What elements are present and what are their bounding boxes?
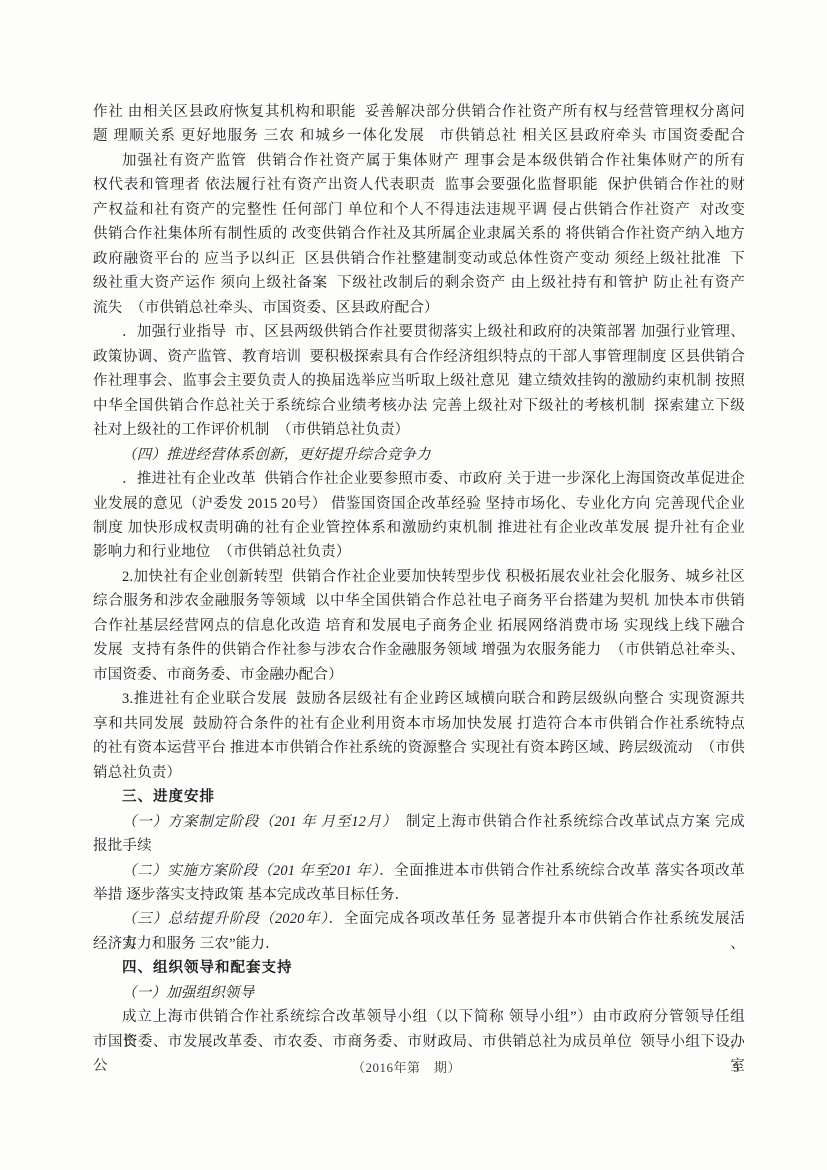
text-line: 享和共同发展 鼓励符合条件的社有企业利用资本市场加快发展 打造符合本市供销合作社… (93, 712, 745, 736)
text-segment: 发展 支持有条件的供销合作社参与涉农合作金融服务领域 增强为农服务能力 （市供销… (93, 642, 745, 658)
text-line: 社对上级社的工作评价机制 （市供销总社负责） (93, 418, 745, 442)
text-line: ．加强行业指导 市、区县两级供销合作社要贯彻落实上级社和政府的决策部署 加强行业… (93, 320, 745, 344)
text-segment: （四）推进经营体系创新，更好提升综合竞争力 (122, 447, 431, 463)
text-line: 综合服务和涉农金融服务等领域 以中华全国供销合作总社电子商务平台搭建为契机 加快… (93, 589, 745, 613)
text-line: 市国资委、市商务委、市金融办配合） (93, 663, 745, 687)
text-segment: （三）总结提升阶段（2020年） (122, 911, 329, 927)
section-subheading: （一）加强组织领导 (93, 981, 745, 1005)
text-segment: 报批手续 (93, 838, 152, 854)
text-line: 级社重大资产运作 须向上级社备案 下级社改制后的剩余资产 由上级社持有和管护 防… (93, 271, 745, 295)
text-line: 影响力和行业地位 （市供销总社负责） (93, 540, 745, 564)
text-segment: 销总社负责） (93, 765, 181, 781)
footer-page-number: 5 (733, 1058, 740, 1078)
text-line: 制度 加快形成权责明确的社有企业管控体系和激励约束机制 推进社有企业改革发展 提… (93, 516, 745, 540)
text-line: 经济实力和服务 三农”能力． (93, 932, 745, 956)
text-line: 加强社有资产监管 供销合作社资产属于集体财产 理事会是本级供销合作社集体财产的所… (93, 149, 745, 173)
section-subheading: （四）推进经营体系创新，更好提升综合竞争力 (93, 443, 745, 467)
text-segment: 级社重大资产运作 须向上级社备案 下级社改制后的剩余资产 由上级社持有和管护 防… (93, 275, 745, 291)
text-line: 中华全国供销合作总社关于系统综合业绩考核办法 完善上级社对下级社的考核机制 探索… (93, 394, 745, 418)
text-segment: 产权益和社有资产的完整性 任何部门 单位和个人不得违法违规平调 侵占供销合作社资… (93, 202, 745, 218)
text-line: 作社 由相关区县政府恢复其机构和职能 妥善解决部分供销合作社资产所有权与经营管理… (93, 100, 745, 124)
text-line: 供销合作社集体所有制性质的 改变供销合作社及其所属企业隶属关系的 将供销合作社资… (93, 222, 745, 246)
text-segment: 经济实力和服务 三农”能力． (93, 936, 280, 952)
text-segment: 3.推进社有企业联合发展 鼓励各层级社有企业跨区域横向联合和跨层级纵向整合 实现… (122, 691, 745, 707)
text-line: （三）总结提升阶段（2020年）．全面完成各项改革任务 显著提升本市供销合作社系… (93, 907, 745, 931)
text-segment: 供销合作社集体所有制性质的 改变供销合作社及其所属企业隶属关系的 将供销合作社资… (93, 226, 745, 242)
text-line: 题 理顺关系 更好地服务 三农 和城乡一体化发展 市供销总社 相关区县政府牵头 … (93, 124, 745, 148)
text-line: 政策协调、资产监管、教育培训 要积极探索具有合作经济组织特点的干部人事管理制度 … (93, 345, 745, 369)
text-line: 业发展的意见（沪委发 2015 20号） 借鉴国资国企改革经验 坚持市场化、专业… (93, 492, 745, 516)
text-segment: 社对上级社的工作评价机制 （市供销总社负责） (93, 422, 409, 438)
text-line: 报批手续 (93, 834, 745, 858)
text-segment: 制度 加快形成权责明确的社有企业管控体系和激励约束机制 推进社有企业改革发展 提… (93, 520, 745, 536)
text-segment: 举措 逐步落实支持政策 基本完成改革目标任务． (93, 887, 409, 903)
text-segment: 中华全国供销合作总社关于系统综合业绩考核办法 完善上级社对下级社的考核机制 探索… (93, 398, 745, 414)
text-line: 举措 逐步落实支持政策 基本完成改革目标任务． (93, 883, 745, 907)
text-line: 的社有资本运营平台 推进本市供销合作社系统的资源整合 实现社有资本跨区域、跨层级… (93, 736, 745, 760)
text-segment: ．推进社有企业改革 供销合作社企业要参照市委、市政府 关于进一步深化上海国资改革… (122, 471, 745, 487)
text-segment: 题 理顺关系 更好地服务 三农 和城乡一体化发展 市供销总社 相关区县政府牵头 … (93, 128, 745, 144)
text-segment: ．加强行业指导 市、区县两级供销合作社要贯彻落实上级社和政府的决策部署 加强行业… (122, 324, 745, 340)
section-heading: 三、进度安排 (93, 785, 745, 809)
text-line: 权代表和管理者 依法履行社有资产出资人代表职责 监事会要强化监督职能 保护供销合… (93, 173, 745, 197)
text-segment: 影响力和行业地位 （市供销总社负责） (93, 544, 351, 560)
section-heading: 四、组织领导和配套支持 (93, 956, 745, 980)
text-line: 2.加快社有企业创新转型 供销合作社企业要加快转型步伐 积极拓展农业社会化服务、… (93, 565, 745, 589)
text-line: 销总社负责） (93, 761, 745, 785)
text-line: 流失 （市供销总社牵头、市国资委、区县政府配合） (93, 296, 745, 320)
text-line: （二）实施方案阶段（201 年至201 年）．全面推进本市供销合作社系统综合改革… (93, 859, 745, 883)
text-line: 市国资委、市发展改革委、市农委、市商务委、市财政局、市供销总社为成员单位 领导小… (93, 1030, 745, 1054)
text-segment: 的社有资本运营平台 推进本市供销合作社系统的资源整合 实现社有资本跨区域、跨层级… (93, 740, 745, 756)
footer-issue-label: （2016年第 期） (352, 1058, 461, 1078)
text-line: 成立上海市供销合作社系统综合改革领导小组（以下简称 领导小组”）由市政府分管领导… (93, 1005, 745, 1029)
text-segment: 享和共同发展 鼓励符合条件的社有企业利用资本市场加快发展 打造符合本市供销合作社… (93, 716, 745, 732)
text-segment: （一）方案制定阶段（201 年 月至12月） (122, 814, 397, 830)
text-segment: 作社理事会、监事会主要负责人的换届选举应当听取上级社意见 建立绩效挂钩的激励约束… (93, 373, 745, 389)
text-line: 3.推进社有企业联合发展 鼓励各层级社有企业跨区域横向联合和跨层级纵向整合 实现… (93, 687, 745, 711)
text-line: ．推进社有企业改革 供销合作社企业要参照市委、市政府 关于进一步深化上海国资改革… (93, 467, 745, 491)
text-segment: 加强社有资产监管 供销合作社资产属于集体财产 理事会是本级供销合作社集体财产的所… (122, 153, 745, 169)
text-line: 合作社基层经营网点的信息化改造 培育和发展电子商务企业 拓展网络消费市场 实现线… (93, 614, 745, 638)
text-segment: 政府融资平台的 应当予以纠正 区县供销合作社整建制变动或总体性资产变动 须经上级… (93, 251, 745, 267)
text-segment: 权代表和管理者 依法履行社有资产出资人代表职责 监事会要强化监督职能 保护供销合… (93, 177, 745, 193)
text-line: 政府融资平台的 应当予以纠正 区县供销合作社整建制变动或总体性资产变动 须经上级… (93, 247, 745, 271)
text-segment: ．全面推进本市供销合作社系统综合改革 落实各项改革 (379, 863, 745, 879)
text-segment: 合作社基层经营网点的信息化改造 培育和发展电子商务企业 拓展网络消费市场 实现线… (93, 618, 745, 634)
text-segment: 制定上海市供销合作社系统综合改革试点方案 完成 (397, 814, 745, 830)
text-segment: 政策协调、资产监管、教育培训 要积极探索具有合作经济组织特点的干部人事管理制度 … (93, 349, 745, 365)
text-segment: 四、组织领导和配套支持 (122, 960, 293, 976)
text-segment: 市国资委、市商务委、市金融办配合） (93, 667, 343, 683)
document-page: 作社 由相关区县政府恢复其机构和职能 妥善解决部分供销合作社资产所有权与经营管理… (0, 0, 827, 1170)
text-segment: （一）加强组织领导 (122, 985, 254, 1001)
text-segment: 综合服务和涉农金融服务等领域 以中华全国供销合作总社电子商务平台搭建为契机 加快… (93, 593, 745, 609)
text-line: 发展 支持有条件的供销合作社参与涉农合作金融服务领域 增强为农服务能力 （市供销… (93, 638, 745, 662)
text-segment: 三、进度安排 (122, 789, 215, 805)
text-segment: 作社 由相关区县政府恢复其机构和职能 妥善解决部分供销合作社资产所有权与经营管理… (93, 104, 745, 120)
text-line: （一）方案制定阶段（201 年 月至12月） 制定上海市供销合作社系统综合改革试… (93, 810, 745, 834)
text-segment: 流失 （市供销总社牵头、市国资委、区县政府配合） (93, 300, 439, 316)
text-segment: 2.加快社有企业创新转型 供销合作社企业要加快转型步伐 积极拓展农业社会化服务、… (122, 569, 745, 585)
document-body: 作社 由相关区县政府恢复其机构和职能 妥善解决部分供销合作社资产所有权与经营管理… (93, 100, 745, 1054)
text-segment: 业发展的意见（沪委发 2015 20号） 借鉴国资国企改革经验 坚持市场化、专业… (93, 496, 745, 512)
text-line: 产权益和社有资产的完整性 任何部门 单位和个人不得违法违规平调 侵占供销合作社资… (93, 198, 745, 222)
text-line: 作社理事会、监事会主要负责人的换届选举应当听取上级社意见 建立绩效挂钩的激励约束… (93, 369, 745, 393)
text-segment: （二）实施方案阶段（201 年至201 年） (122, 863, 379, 879)
